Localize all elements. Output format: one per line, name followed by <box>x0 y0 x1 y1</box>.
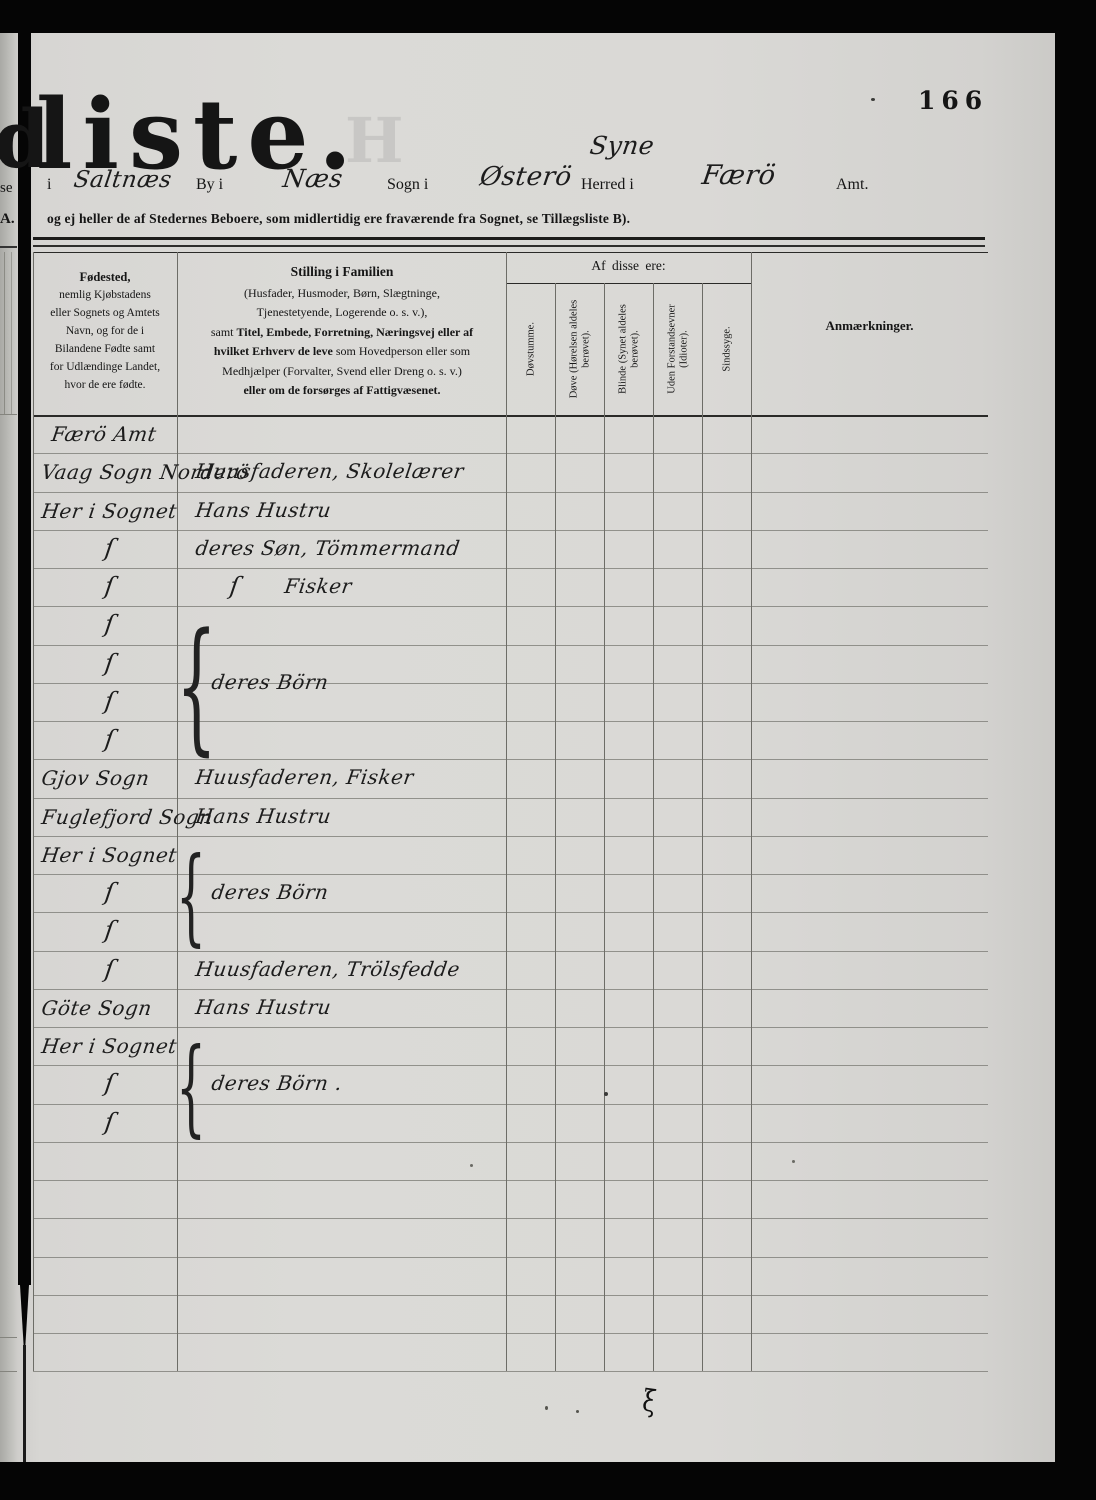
birthplace-entry: Færö Amt <box>50 422 158 446</box>
header-line: hvor de ere fødte. <box>36 376 174 394</box>
children-brace: { <box>176 844 206 949</box>
header-line: nemlig Kjøbstadens <box>36 286 174 304</box>
column-line <box>555 283 556 1371</box>
children-group-label: deres Börn <box>210 880 330 904</box>
birthplace-entry: Fuglefjord Sogn <box>40 805 214 829</box>
birthplace-entry: ſ <box>103 687 116 715</box>
subcolumn-header-label: Uden Forstandsevner(Idioter). <box>666 283 689 415</box>
header-line: Bilandene Fødte samt <box>36 340 174 358</box>
header-line: Medhjælper (Forvalter, Svend eller Dreng… <box>181 362 503 382</box>
census-table: Døvstumme.Døve (Hørelsen aldelesberøvet)… <box>0 0 1096 1500</box>
header-line: samt Titel, Embede, Forretning, Næringsv… <box>181 323 503 343</box>
birthplace-entry: ſ <box>103 534 116 562</box>
column-line <box>506 252 507 1371</box>
column-line <box>751 252 752 1371</box>
birthplace-entry: Her i Sognet <box>40 843 179 867</box>
header-segment: som Hovedperson eller som <box>333 344 470 358</box>
scanned-census-page: d se A. liste. H 166 Syne i Saltnæs By i… <box>0 0 1096 1500</box>
header-line: hvilket Erhverv de leve som Hovedperson … <box>181 342 503 362</box>
header-line: eller Sognets og Amtets <box>36 304 174 322</box>
birthplace-entry: Her i Sognet <box>40 1034 179 1058</box>
header-segment: eller om de forsørges af Fattigvæsenet. <box>243 383 440 397</box>
position-entry-extra: Fisker <box>283 574 353 598</box>
birthplace-entry: ſ <box>103 1108 116 1136</box>
subcolumn-header-cell: Døvstumme. <box>506 283 555 415</box>
children-group-label: deres Börn <box>210 670 330 694</box>
position-entry: ſ <box>228 572 241 600</box>
ink-speck <box>545 1406 548 1410</box>
subcolumn-header-label: Døve (Hørelsen aldelesberøvet). <box>568 283 591 415</box>
column-header-birthplace: Fødested,nemlig Kjøbstadenseller Sognets… <box>36 268 174 394</box>
ink-speck <box>604 1092 608 1096</box>
birthplace-entry: ſ <box>103 725 116 753</box>
header-line: Tjenestetyende, Logerende o. s. v.), <box>181 303 503 323</box>
ink-speck <box>792 1160 795 1163</box>
position-entry: Hans Hustru <box>194 498 333 522</box>
column-line <box>33 252 34 1371</box>
position-entry: Huusfaderen, Skolelærer <box>194 459 466 483</box>
position-entry: Hans Hustru <box>194 804 333 828</box>
header-line: Stilling i Familien <box>181 262 503 282</box>
birthplace-entry: ſ <box>103 1069 116 1097</box>
header-segment: Titel, Embede, Forretning, Næringsvej el… <box>237 325 474 339</box>
subcolumn-header-cell: Døve (Hørelsen aldelesberøvet). <box>555 283 604 415</box>
header-line: for Udlændinge Landet, <box>36 358 174 376</box>
column-group-header: Af disse ere: <box>506 258 751 274</box>
header-line: Navn, og for de i <box>36 322 174 340</box>
position-entry: Huusfaderen, Trölsfedde <box>194 957 462 981</box>
subcolumn-header-cell: Blinde (Synet aldelesberøvet). <box>604 283 653 415</box>
subcolumn-header-label: Blinde (Synet aldelesberøvet). <box>617 283 640 415</box>
birthplace-entry: ſ <box>103 916 116 944</box>
header-segment: Medhjælper (Forvalter, Svend eller Dreng… <box>222 364 462 378</box>
subcolumn-header-cell: Sindssyge. <box>702 283 751 415</box>
header-line: eller om de forsørges af Fattigvæsenet. <box>181 381 503 401</box>
row-line <box>33 1371 988 1372</box>
header-segment: (Husfader, Husmoder, Børn, Slægtninge, <box>244 286 440 300</box>
header-segment: Stilling i Familien <box>291 264 394 279</box>
children-group-label: deres Börn . <box>210 1071 344 1095</box>
header-segment: hvilket Erhverv de leve <box>214 344 333 358</box>
header-line: (Husfader, Husmoder, Børn, Slægtninge, <box>181 284 503 304</box>
birthplace-entry: Her i Sognet <box>40 499 179 523</box>
position-entry: Huusfaderen, Fisker <box>194 765 415 789</box>
subcolumn-header-label: Sindssyge. <box>721 283 733 415</box>
ink-speck <box>576 1410 579 1413</box>
column-header-position: Stilling i Familien(Husfader, Husmoder, … <box>181 262 503 401</box>
birthplace-entry: ſ <box>103 610 116 638</box>
column-line <box>702 283 703 1371</box>
header-segment: samt <box>211 325 237 339</box>
subcolumn-header-label: Døvstumme. <box>525 283 537 415</box>
header-line: Fødested, <box>36 268 174 286</box>
birthplace-entry: Göte Sogn <box>40 996 154 1020</box>
position-entry: Hans Hustru <box>194 995 333 1019</box>
header-segment: Tjenestetyende, Logerende o. s. v.), <box>257 305 428 319</box>
birthplace-entry: ſ <box>103 572 116 600</box>
column-line <box>604 283 605 1371</box>
birthplace-entry: ſ <box>103 955 116 983</box>
position-entry: deres Søn, Tömmermand <box>194 536 462 560</box>
column-line <box>653 283 654 1371</box>
column-header-remarks: Anmærkninger. <box>751 318 988 334</box>
birthplace-entry: ſ <box>103 878 116 906</box>
ink-speck <box>470 1164 473 1167</box>
children-brace: { <box>176 1035 206 1140</box>
subcolumn-header-cell: Uden Forstandsevner(Idioter). <box>653 283 702 415</box>
birthplace-entry: ſ <box>103 649 116 677</box>
birthplace-entry: Gjov Sogn <box>40 766 151 790</box>
